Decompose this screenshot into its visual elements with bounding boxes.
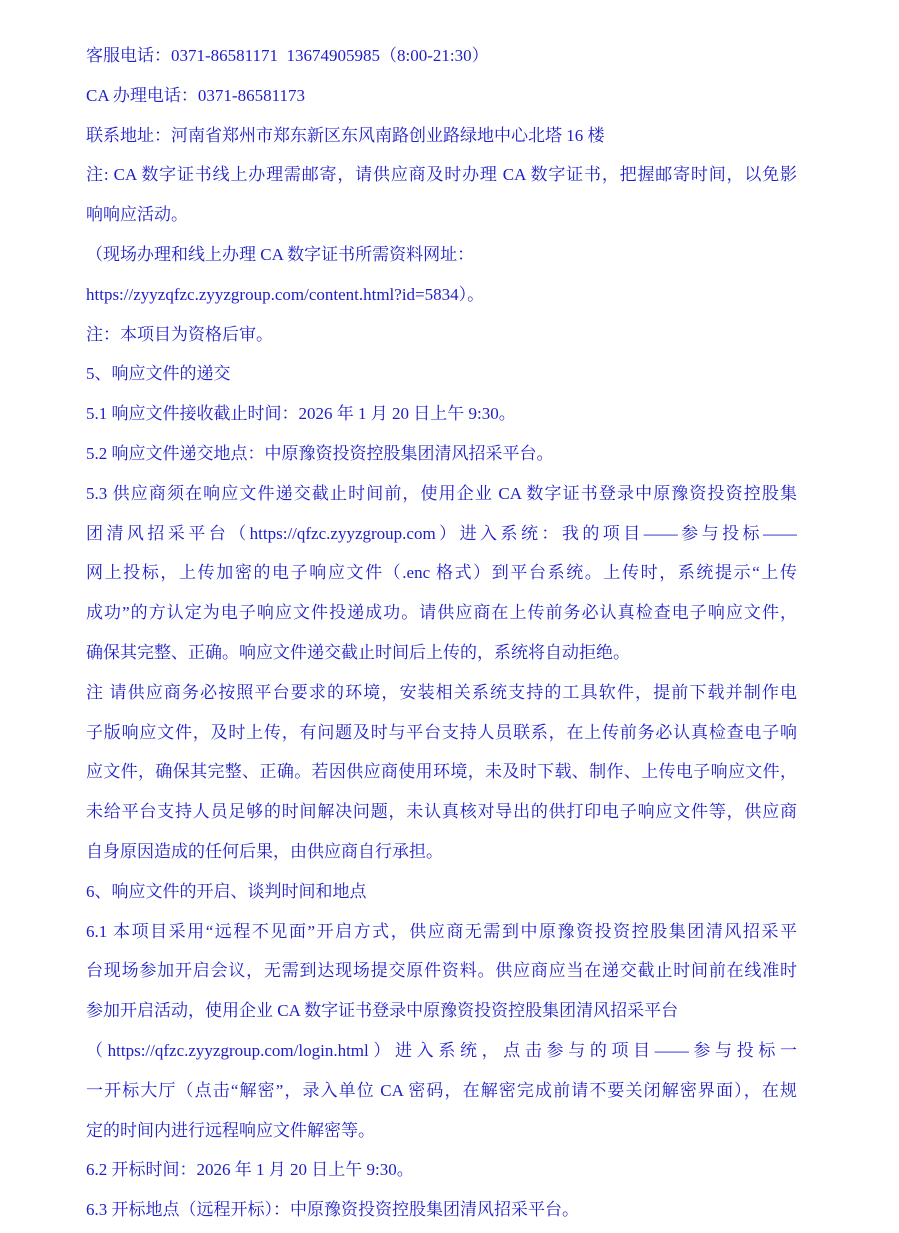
document-page: 客服电话：0371-86581171 13674905985（8:00-21:3… bbox=[0, 0, 899, 1230]
text-line: 客服电话：0371-86581171 13674905985（8:00-21:3… bbox=[86, 36, 797, 76]
text-line: 6.3 开标地点（远程开标）：中原豫资投资控股集团清风招采平台。 bbox=[86, 1190, 797, 1230]
text-line: 5.2 响应文件递交地点：中原豫资投资控股集团清风招采平台。 bbox=[86, 434, 797, 474]
text-line: 响响应活动。 bbox=[86, 195, 797, 235]
section-heading: 5、响应文件的递交 bbox=[86, 354, 797, 394]
text-line: 自身原因造成的任何后果，由供应商自行承担。 bbox=[86, 832, 797, 872]
text-line: 应文件，确保其完整、正确。若因供应商使用环境，未及时下载、制作、上传电子响应文件… bbox=[86, 752, 797, 792]
text-line: 网上投标，上传加密的电子响应文件（.enc 格式）到平台系统。上传时，系统提示“… bbox=[86, 553, 797, 593]
text-line: 联系地址：河南省郑州市郑东新区东风南路创业路绿地中心北塔 16 楼 bbox=[86, 116, 797, 156]
text-line: 参加开启活动，使用企业 CA 数字证书登录中原豫资投资控股集团清风招采平台 bbox=[86, 991, 797, 1031]
text-line: 一开标大厅（点击“解密”，录入单位 CA 密码，在解密完成前请不要关闭解密界面）… bbox=[86, 1071, 797, 1111]
text-line: 未给平台支持人员足够的时间解决问题，未认真核对导出的供打印电子响应文件等，供应商 bbox=[86, 792, 797, 832]
text-line: （现场办理和线上办理 CA 数字证书所需资料网址： bbox=[86, 235, 797, 275]
text-line: 团清风招采平台（https://qfzc.zyyzgroup.com）进入系统：… bbox=[86, 514, 797, 554]
text-line: 台现场参加开启会议，无需到达现场提交原件资料。供应商应当在递交截止时间前在线准时 bbox=[86, 951, 797, 991]
text-line: 成功”的方认定为电子响应文件投递成功。请供应商在上传前务必认真检查电子响应文件， bbox=[86, 593, 797, 633]
section-heading: 6、响应文件的开启、谈判时间和地点 bbox=[86, 872, 797, 912]
text-line: 注: CA 数字证书线上办理需邮寄，请供应商及时办理 CA 数字证书，把握邮寄时… bbox=[86, 155, 797, 195]
text-line: 注 请供应商务必按照平台要求的环境，安装相关系统支持的工具软件，提前下载并制作电 bbox=[86, 673, 797, 713]
text-line: 5.1 响应文件接收截止时间：2026 年 1 月 20 日上午 9:30。 bbox=[86, 394, 797, 434]
text-line: 6.2 开标时间：2026 年 1 月 20 日上午 9:30。 bbox=[86, 1150, 797, 1190]
text-line: 定的时间内进行远程响应文件解密等。 bbox=[86, 1111, 797, 1151]
text-line: 注：本项目为资格后审。 bbox=[86, 315, 797, 355]
url-text: https://zyyzqfzc.zyyzgroup.com/content.h… bbox=[86, 275, 797, 315]
url-text: （https://qfzc.zyyzgroup.com/login.html）进… bbox=[86, 1031, 797, 1071]
text-line: 子版响应文件，及时上传，有问题及时与平台支持人员联系，在上传前务必认真检查电子响 bbox=[86, 713, 797, 753]
text-line: 确保其完整、正确。响应文件递交截止时间后上传的，系统将自动拒绝。 bbox=[86, 633, 797, 673]
text-line: 5.3 供应商须在响应文件递交截止时间前，使用企业 CA 数字证书登录中原豫资投… bbox=[86, 474, 797, 514]
text-line: 6.1 本项目采用“远程不见面”开启方式，供应商无需到中原豫资投资控股集团清风招… bbox=[86, 912, 797, 952]
text-line: CA 办理电话：0371-86581173 bbox=[86, 76, 797, 116]
